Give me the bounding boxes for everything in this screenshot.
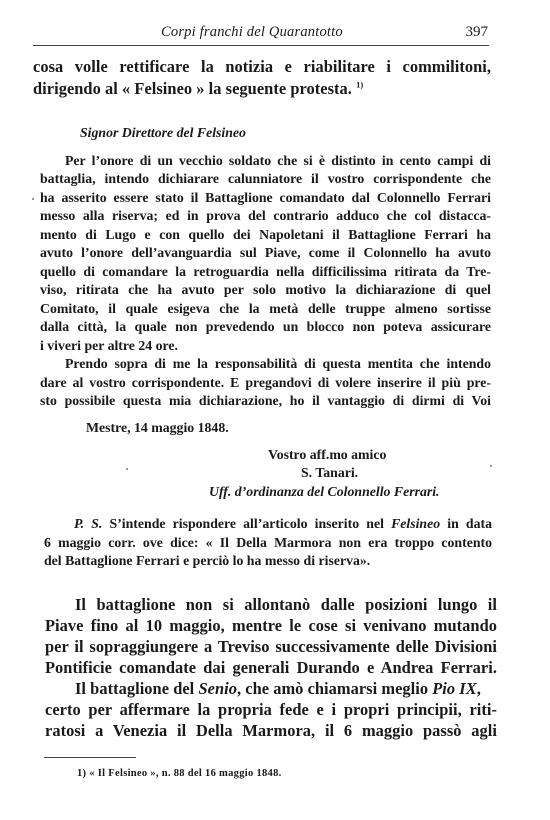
running-header: Corpi franchi del Quarantotto 397	[33, 24, 490, 46]
footnote-marker[interactable]: 1)	[356, 80, 363, 90]
text-line: cosa volle rettificare la notizia e riab…	[33, 57, 491, 77]
signature: S. Tanari.	[301, 465, 358, 481]
letter-salutation: Signor Direttore del Felsineo	[80, 125, 246, 141]
text-line: ratosi a Venezia il Della Marmora, il 6 …	[45, 721, 497, 741]
text-fragment: in data	[447, 516, 492, 531]
text-line: 6 maggio corr. ove dice: « Il Della Marm…	[44, 535, 492, 551]
footnote-text: « Il Felsineo », n. 88 del 16 maggio 184…	[89, 768, 281, 779]
text-line: P. S. S’intende rispondere all’articolo …	[74, 516, 492, 532]
text-line: battaglia, intendo dichiarare calunniato…	[40, 171, 491, 187]
page-number: 397	[466, 24, 489, 41]
text-line: dalla città, la quale non prevedendo un …	[40, 319, 491, 335]
running-title: Corpi franchi del Quarantotto	[161, 24, 343, 41]
book-page: Corpi franchi del Quarantotto 397 cosa v…	[0, 0, 550, 820]
italic-term: Senio	[198, 679, 237, 698]
text-line: Pontificie comandate dai generali Durand…	[45, 658, 497, 678]
header-rule	[33, 45, 489, 46]
place-date: Mestre, 14 maggio 1848.	[86, 420, 229, 436]
text-line: Comitato, il quale esigeva che la metà d…	[40, 301, 491, 317]
scan-speck	[32, 198, 34, 200]
text-line: quello di comandare la retroguardia nell…	[40, 264, 491, 280]
text-line: dirigendo al « Felsineo » la seguente pr…	[33, 79, 363, 99]
closing: Vostro aff.mo amico	[268, 447, 386, 463]
text-fragment: Il battaglione del	[75, 679, 194, 698]
ps-label: P. S.	[74, 516, 102, 531]
scan-speck	[490, 465, 492, 467]
footnote-rule	[44, 757, 136, 758]
text-line: messo alla riserva; ed in prova del cont…	[40, 208, 491, 224]
text-line: sto possibile questa mia dichiarazione, …	[40, 393, 491, 409]
italic-term: Pio IX	[432, 679, 476, 698]
scan-speck	[126, 468, 128, 470]
text-fragment: ,	[477, 679, 481, 698]
footnote: 1) « Il Felsineo », n. 88 del 16 maggio …	[77, 768, 282, 779]
text-line: Il battaglione del Senio, che amò chiama…	[75, 679, 497, 699]
newspaper-name: Felsineo	[391, 516, 440, 531]
text-fragment: S’intende rispondere all’articolo inseri…	[110, 516, 384, 531]
text-line: del Battaglione Ferrari e perciò lo ha m…	[44, 553, 370, 569]
text-line: certo per affermare la propria fede e i …	[45, 700, 497, 720]
text-line: Prendo sopra di me la responsabilità di …	[65, 356, 491, 372]
text-line-content: dirigendo al « Felsineo » la seguente pr…	[33, 79, 352, 98]
text-fragment: , che amò chiamarsi meglio	[237, 679, 428, 698]
text-line: i viveri per altre 24 ore.	[40, 338, 178, 354]
text-line: ha asserito essere stato il Battaglione …	[40, 190, 491, 206]
signer-title: Uff. d’ordinanza del Colonnello Ferrari.	[209, 484, 440, 500]
text-line: per il sopraggiungere a Treviso successi…	[45, 637, 497, 657]
text-line: mento di Lugo e con quello dei Napoletan…	[40, 227, 491, 243]
footnote-marker: 1)	[77, 768, 86, 779]
text-line: viso, ritirata che ha avuto per solo mot…	[40, 282, 491, 298]
text-line: avuto l’onore dell’avanguardia sul Piave…	[40, 245, 491, 261]
text-line: Piave fino al 10 maggio, mentre le cose …	[45, 616, 497, 636]
text-line: Per l’onore di un vecchio soldato che si…	[65, 153, 491, 169]
text-line: Il battaglione non si allontanò dalle po…	[75, 595, 497, 615]
text-line: dare al vostro corrispondente. E pregand…	[40, 375, 491, 391]
